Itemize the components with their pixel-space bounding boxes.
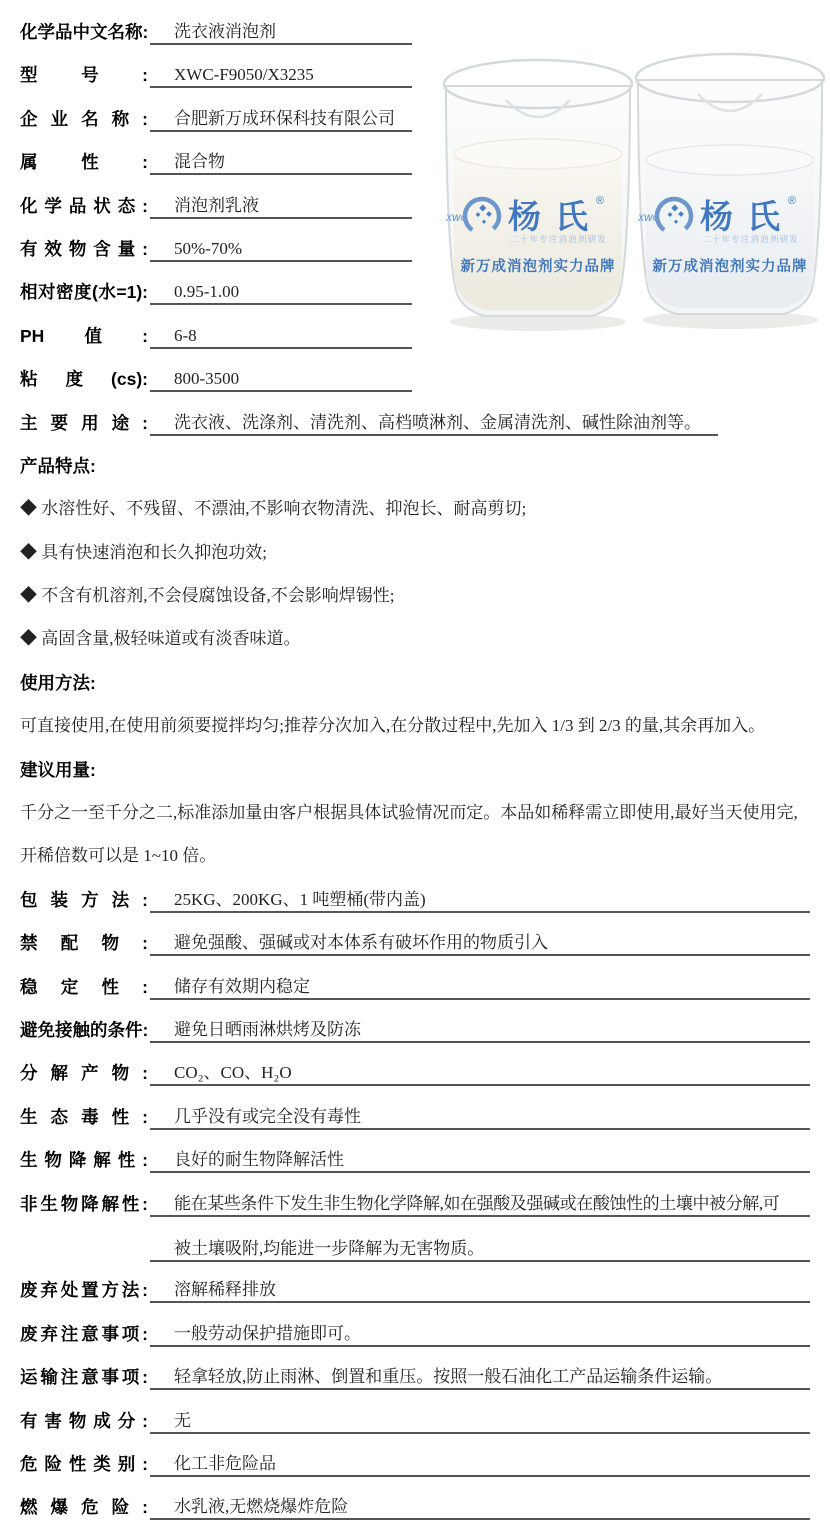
field-value: 混合物 bbox=[150, 151, 412, 175]
field-label: 稳定性: bbox=[20, 976, 148, 998]
field-row-incompatibles: 禁配物: 避免强酸、强碱或对本体系有破坏作用的物质引入 bbox=[20, 932, 830, 975]
field-value: 化工非危险品 bbox=[150, 1453, 810, 1477]
field-value: 轻拿轻放,防止雨淋、倒置和重压。按照一般石油化工产品运输条件运输。 bbox=[150, 1366, 810, 1390]
field-value: 25KG、200KG、1 吨塑桶(带内盖) bbox=[150, 889, 810, 913]
field-value-line: 被土壤吸附,均能进一步降解为无害物质。 bbox=[150, 1238, 810, 1262]
field-label: 避免接触的条件: bbox=[20, 1019, 148, 1041]
field-row-viscosity: 粘度(cs): 800-3500 bbox=[20, 368, 830, 411]
field-label: 属性: bbox=[20, 151, 148, 173]
field-row-biodegradability: 生物降解性: 良好的耐生物降解活性 bbox=[20, 1149, 830, 1192]
field-row-hazard-class: 危险性类别: 化工非危险品 bbox=[20, 1453, 830, 1496]
field-label: 禁配物: bbox=[20, 932, 148, 954]
field-row-transport-precautions: 运输注意事项: 轻拿轻放,防止雨淋、倒置和重压。按照一般石油化工产品运输条件运输… bbox=[20, 1366, 830, 1409]
field-row-hazardous-components: 有害物成分: 无 bbox=[20, 1410, 830, 1453]
brand-slogan-text: 新万成消泡剂实力品牌 bbox=[653, 257, 808, 275]
liquid-surface bbox=[454, 139, 622, 169]
field-row-explosion-hazard: 燃爆危险: 水乳液,无燃烧爆炸危险 bbox=[20, 1496, 830, 1538]
field-value: 溶解稀释排放 bbox=[150, 1279, 810, 1303]
field-value: 良好的耐生物降解活性 bbox=[150, 1149, 810, 1173]
field-label: 粘度(cs): bbox=[20, 368, 148, 390]
section-header-features: 产品特点: bbox=[20, 455, 830, 498]
beaker-left-milky: XWC 杨氏 ® 二十年专注消泡剂研发 新万成消泡剂实力品牌 bbox=[444, 60, 632, 331]
field-value: 几乎没有或完全没有毒性 bbox=[150, 1106, 810, 1130]
field-label: 非生物降解性: bbox=[20, 1193, 148, 1215]
field-value: CO₂、CO、H₂O bbox=[150, 1062, 810, 1086]
section-header-usage: 使用方法: bbox=[20, 672, 830, 715]
field-row-disposal-method: 废弃处置方法: 溶解稀释排放 bbox=[20, 1279, 830, 1322]
beaker-right-clear: XWC 杨氏 ® 二十年专注消泡剂研发 新万成消泡剂实力品牌 bbox=[636, 54, 824, 329]
field-label: 生物降解性: bbox=[20, 1149, 148, 1171]
feature-bullet: ◆ 具有快速消泡和长久抑泡功效; bbox=[20, 542, 830, 585]
field-value: 0.95-1.00 bbox=[150, 281, 412, 305]
field-label: 废弃处置方法: bbox=[20, 1279, 148, 1301]
registered-mark: ® bbox=[596, 195, 604, 207]
brand-logo-xwc-text: XWC bbox=[445, 213, 467, 223]
field-value: XWC-F9050/X3235 bbox=[150, 64, 412, 88]
field-row-main-use: 主要用途: 洗衣液、洗涤剂、清洗剂、高档喷淋剂、金属清洗剂、碱性除油剂等。 bbox=[20, 412, 830, 455]
product-photo: XWC 杨氏 ® 二十年专注消泡剂研发 新万成消泡剂实力品牌 XWC 杨氏 ® bbox=[438, 48, 830, 336]
feature-bullet: ◆ 不含有机溶剂,不会侵腐蚀设备,不会影响焊锡性; bbox=[20, 585, 830, 628]
field-row-packing: 包装方法: 25KG、200KG、1 吨塑桶(带内盖) bbox=[20, 889, 830, 932]
field-label: 分解产物: bbox=[20, 1062, 148, 1084]
field-label: 废弃注意事项: bbox=[20, 1323, 148, 1345]
field-row-eco-toxicity: 生态毒性: 几乎没有或完全没有毒性 bbox=[20, 1106, 830, 1149]
field-value: 洗衣液消泡剂 bbox=[150, 21, 412, 45]
brand-logo-xwc-text: XWC bbox=[637, 213, 659, 223]
field-label: 型号: bbox=[20, 64, 148, 86]
field-row-decomposition-products: 分解产物: CO₂、CO、H₂O bbox=[20, 1062, 830, 1105]
field-row-abiotic-degradability: 非生物降解性: 能在某些条件下发生非生物化学降解,如在强酸及强碱或在酸蚀性的土壤… bbox=[20, 1193, 830, 1280]
field-label: 危险性类别: bbox=[20, 1453, 148, 1475]
dosage-paragraph-line: 开稀倍数可以是 1~10 倍。 bbox=[20, 845, 830, 888]
field-value: 6-8 bbox=[150, 325, 412, 349]
field-value: 合肥新万成环保科技有限公司 bbox=[150, 108, 412, 132]
field-value-line: 能在某些条件下发生非生物化学降解,如在强酸及强碱或在酸蚀性的土壤中被分解,可 bbox=[150, 1193, 810, 1217]
field-label: 化学品状态: bbox=[20, 195, 148, 217]
field-row-conditions-to-avoid: 避免接触的条件: 避免日晒雨淋烘烤及防冻 bbox=[20, 1019, 830, 1062]
feature-bullet: ◆ 水溶性好、不残留、不漂油,不影响衣物清洗、抑泡长、耐高剪切; bbox=[20, 498, 830, 541]
field-value: 避免强酸、强碱或对本体系有破坏作用的物质引入 bbox=[150, 932, 810, 956]
brand-name-text: 杨氏 bbox=[508, 198, 602, 235]
field-value-multiline: 能在某些条件下发生非生物化学降解,如在强酸及强碱或在酸蚀性的土壤中被分解,可 被… bbox=[148, 1193, 810, 1284]
field-label: 运输注意事项: bbox=[20, 1366, 148, 1388]
field-value: 洗衣液、洗涤剂、清洗剂、高档喷淋剂、金属清洗剂、碱性除油剂等。 bbox=[150, 412, 718, 436]
field-value: 避免日晒雨淋烘烤及防冻 bbox=[150, 1019, 810, 1043]
field-label: 包装方法: bbox=[20, 889, 148, 911]
usage-paragraph: 可直接使用,在使用前须要搅拌均匀;推荐分次加入,在分散过程中,先加入 1/3 到… bbox=[20, 715, 830, 758]
section-header-dosage: 建议用量: bbox=[20, 759, 830, 802]
field-label: 企业名称: bbox=[20, 108, 148, 130]
liquid-surface bbox=[646, 145, 814, 175]
field-label: 主要用途: bbox=[20, 412, 148, 434]
field-label: 有效物含量: bbox=[20, 238, 148, 260]
field-value: 无 bbox=[150, 1410, 810, 1434]
registered-mark: ® bbox=[788, 195, 796, 207]
field-value: 水乳液,无燃烧爆炸危险 bbox=[150, 1496, 810, 1520]
field-label: 相对密度(水=1): bbox=[20, 281, 148, 303]
field-label: PH值: bbox=[20, 325, 148, 347]
field-value: 800-3500 bbox=[150, 368, 412, 392]
brand-name-text: 杨氏 bbox=[700, 198, 794, 235]
brand-slogan-text: 新万成消泡剂实力品牌 bbox=[461, 257, 616, 275]
field-label: 有害物成分: bbox=[20, 1410, 148, 1432]
field-label: 化学品中文名称: bbox=[20, 21, 148, 43]
brand-tagline-text: 二十年专注消泡剂研发 bbox=[702, 234, 799, 244]
field-label: 生态毒性: bbox=[20, 1106, 148, 1128]
feature-bullet: ◆ 高固含量,极轻味道或有淡香味道。 bbox=[20, 628, 830, 671]
field-value: 50%-70% bbox=[150, 238, 412, 262]
field-value: 消泡剂乳液 bbox=[150, 195, 412, 219]
field-value: 储存有效期内稳定 bbox=[150, 976, 810, 1000]
field-label: 燃爆危险: bbox=[20, 1496, 148, 1518]
field-row-stability: 稳定性: 储存有效期内稳定 bbox=[20, 976, 830, 1019]
field-value: 一般劳动保护措施即可。 bbox=[150, 1323, 810, 1347]
field-row-disposal-precautions: 废弃注意事项: 一般劳动保护措施即可。 bbox=[20, 1323, 830, 1366]
dosage-paragraph-line: 千分之一至千分之二,标准添加量由客户根据具体试验情况而定。本品如稀释需立即使用,… bbox=[20, 802, 830, 845]
brand-tagline-text: 二十年专注消泡剂研发 bbox=[510, 234, 607, 244]
beakers-illustration: XWC 杨氏 ® 二十年专注消泡剂研发 新万成消泡剂实力品牌 XWC 杨氏 ® bbox=[438, 48, 830, 336]
